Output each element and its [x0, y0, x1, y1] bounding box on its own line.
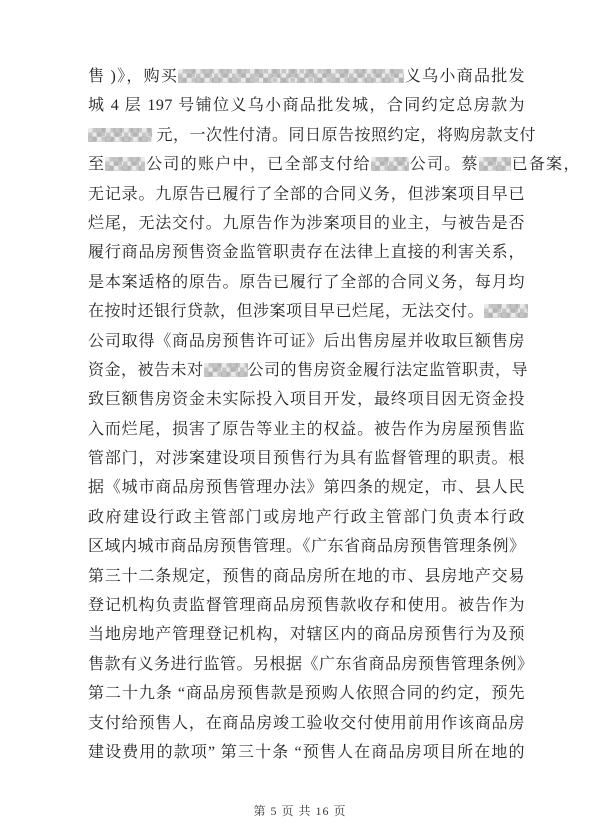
text-segment: 公司。蔡: [409, 156, 479, 173]
text-segment: 致巨额售房资金未实际投入项目开发，最终项目因无资金投: [88, 391, 525, 408]
text-segment: 元，一次性付清。同日原告按照约定，将购房款支付: [152, 127, 536, 144]
redaction-block: [484, 304, 528, 318]
document-body: 售 )》，购买义乌小商品批发城 4 层 197 号铺位义乌小商品批发城，合同约定…: [88, 62, 525, 767]
text-line: 资金，被告未对公司的售房资金履行法定监管职责，导: [88, 356, 525, 385]
text-segment: 在按时还银行贷款，但涉案项目早已烂尾，无法交付。: [88, 303, 484, 320]
text-line: 履行商品房预售资金监管职责存在法律上直接的利害关系，: [88, 238, 525, 267]
text-line: 支付给预售人，在商品房竣工验收交付使用前用作该商品房: [88, 709, 525, 738]
text-segment: 义乌小商品批发: [404, 68, 525, 85]
text-line: 区域内城市商品房预售管理。《广东省商品房预售管理条例》: [88, 532, 525, 561]
text-segment: 烂尾，无法交付。九原告作为涉案项目的业主，与被告是否: [88, 215, 525, 232]
text-line: 在按时还银行贷款，但涉案项目早已烂尾，无法交付。: [88, 297, 525, 326]
text-segment: 是本案适格的原告。原告已履行了全部的合同义务，每月均: [88, 274, 525, 291]
text-segment: 资金，被告未对: [88, 362, 204, 379]
text-segment: 据《城市商品房预售管理办法》第四条的规定，市、县人民: [88, 479, 525, 496]
text-segment: 公司的账户中，已全部支付给: [145, 156, 371, 173]
page-footer: 第 5 页 共 16 页: [0, 802, 600, 819]
text-segment: 已备案，: [511, 156, 580, 173]
text-line: 元，一次性付清。同日原告按照约定，将购房款支付: [88, 121, 525, 150]
text-line: 建设费用的款项” 第三十条 “预售人在商品房项目所在地的: [88, 738, 525, 767]
text-line: 入而烂尾，损害了原告等业主的权益。被告作为房屋预售监: [88, 415, 525, 444]
text-segment: 售款有义务进行监管。另根据《广东省商品房预售管理条例》: [88, 656, 534, 673]
redaction-block: [178, 69, 404, 83]
redaction-block: [204, 363, 248, 377]
text-line: 第二十九条 “商品房预售款是预购人依照合同的约定，预先: [88, 679, 525, 708]
text-segment: 城 4 层 197 号铺位义乌小商品批发城，合同约定总房款为: [88, 97, 525, 114]
text-line: 当地房地产管理登记机构，对辖区内的商品房预售行为及预: [88, 620, 525, 649]
text-segment: 公司取得《商品房预售许可证》后出售房屋并收取巨额售房: [88, 333, 525, 350]
text-line: 是本案适格的原告。原告已履行了全部的合同义务，每月均: [88, 268, 525, 297]
text-line: 售 )》，购买义乌小商品批发: [88, 62, 525, 91]
text-segment: 第三十二条规定，预售的商品房所在地的市、县房地产交易: [88, 568, 525, 585]
text-line: 据《城市商品房预售管理办法》第四条的规定，市、县人民: [88, 473, 525, 502]
text-line: 公司取得《商品房预售许可证》后出售房屋并收取巨额售房: [88, 327, 525, 356]
text-segment: 建设费用的款项” 第三十条 “预售人在商品房项目所在地的: [88, 744, 525, 761]
text-segment: 无记录。九原告已履行了全部的合同义务，但涉案项目早已: [88, 186, 525, 203]
redaction-block: [371, 157, 409, 171]
text-line: 城 4 层 197 号铺位义乌小商品批发城，合同约定总房款为: [88, 91, 525, 120]
text-segment: 售 )》，购买: [88, 68, 178, 85]
text-segment: 至: [88, 156, 105, 173]
text-segment: 政府建设行政主管部门或房地产行政主管部门负责本行政: [88, 509, 525, 526]
text-line: 致巨额售房资金未实际投入项目开发，最终项目因无资金投: [88, 385, 525, 414]
text-segment: 公司的售房资金履行法定监管职责，导: [248, 362, 529, 379]
text-segment: 入而烂尾，损害了原告等业主的权益。被告作为房屋预售监: [88, 421, 525, 438]
scanned-page: 售 )》，购买义乌小商品批发城 4 层 197 号铺位义乌小商品批发城，合同约定…: [0, 0, 600, 840]
text-line: 第三十二条规定，预售的商品房所在地的市、县房地产交易: [88, 562, 525, 591]
text-line: 登记机构负责监督管理商品房预售款收存和使用。被告作为: [88, 591, 525, 620]
text-segment: 当地房地产管理登记机构，对辖区内的商品房预售行为及预: [88, 626, 525, 643]
text-line: 管部门，对涉案建设项目预售行为具有监督管理的职责。根: [88, 444, 525, 473]
text-segment: 管部门，对涉案建设项目预售行为具有监督管理的职责。根: [88, 450, 525, 467]
text-segment: 支付给预售人，在商品房竣工验收交付使用前用作该商品房: [88, 715, 525, 732]
text-line: 政府建设行政主管部门或房地产行政主管部门负责本行政: [88, 503, 525, 532]
text-line: 至公司的账户中，已全部支付给公司。蔡已备案，: [88, 150, 580, 179]
text-line: 烂尾，无法交付。九原告作为涉案项目的业主，与被告是否: [88, 209, 525, 238]
text-line: 售款有义务进行监管。另根据《广东省商品房预售管理条例》: [88, 650, 525, 679]
text-segment: 履行商品房预售资金监管职责存在法律上直接的利害关系，: [88, 244, 525, 261]
redaction-block: [479, 157, 511, 171]
redaction-block: [105, 157, 145, 171]
text-segment: 第二十九条 “商品房预售款是预购人依照合同的约定，预先: [88, 685, 525, 702]
text-line: 无记录。九原告已履行了全部的合同义务，但涉案项目早已: [88, 180, 525, 209]
text-segment: 区域内城市商品房预售管理。《广东省商品房预售管理条例》: [88, 538, 526, 555]
redaction-block: [88, 128, 152, 142]
text-segment: 登记机构负责监督管理商品房预售款收存和使用。被告作为: [88, 597, 525, 614]
